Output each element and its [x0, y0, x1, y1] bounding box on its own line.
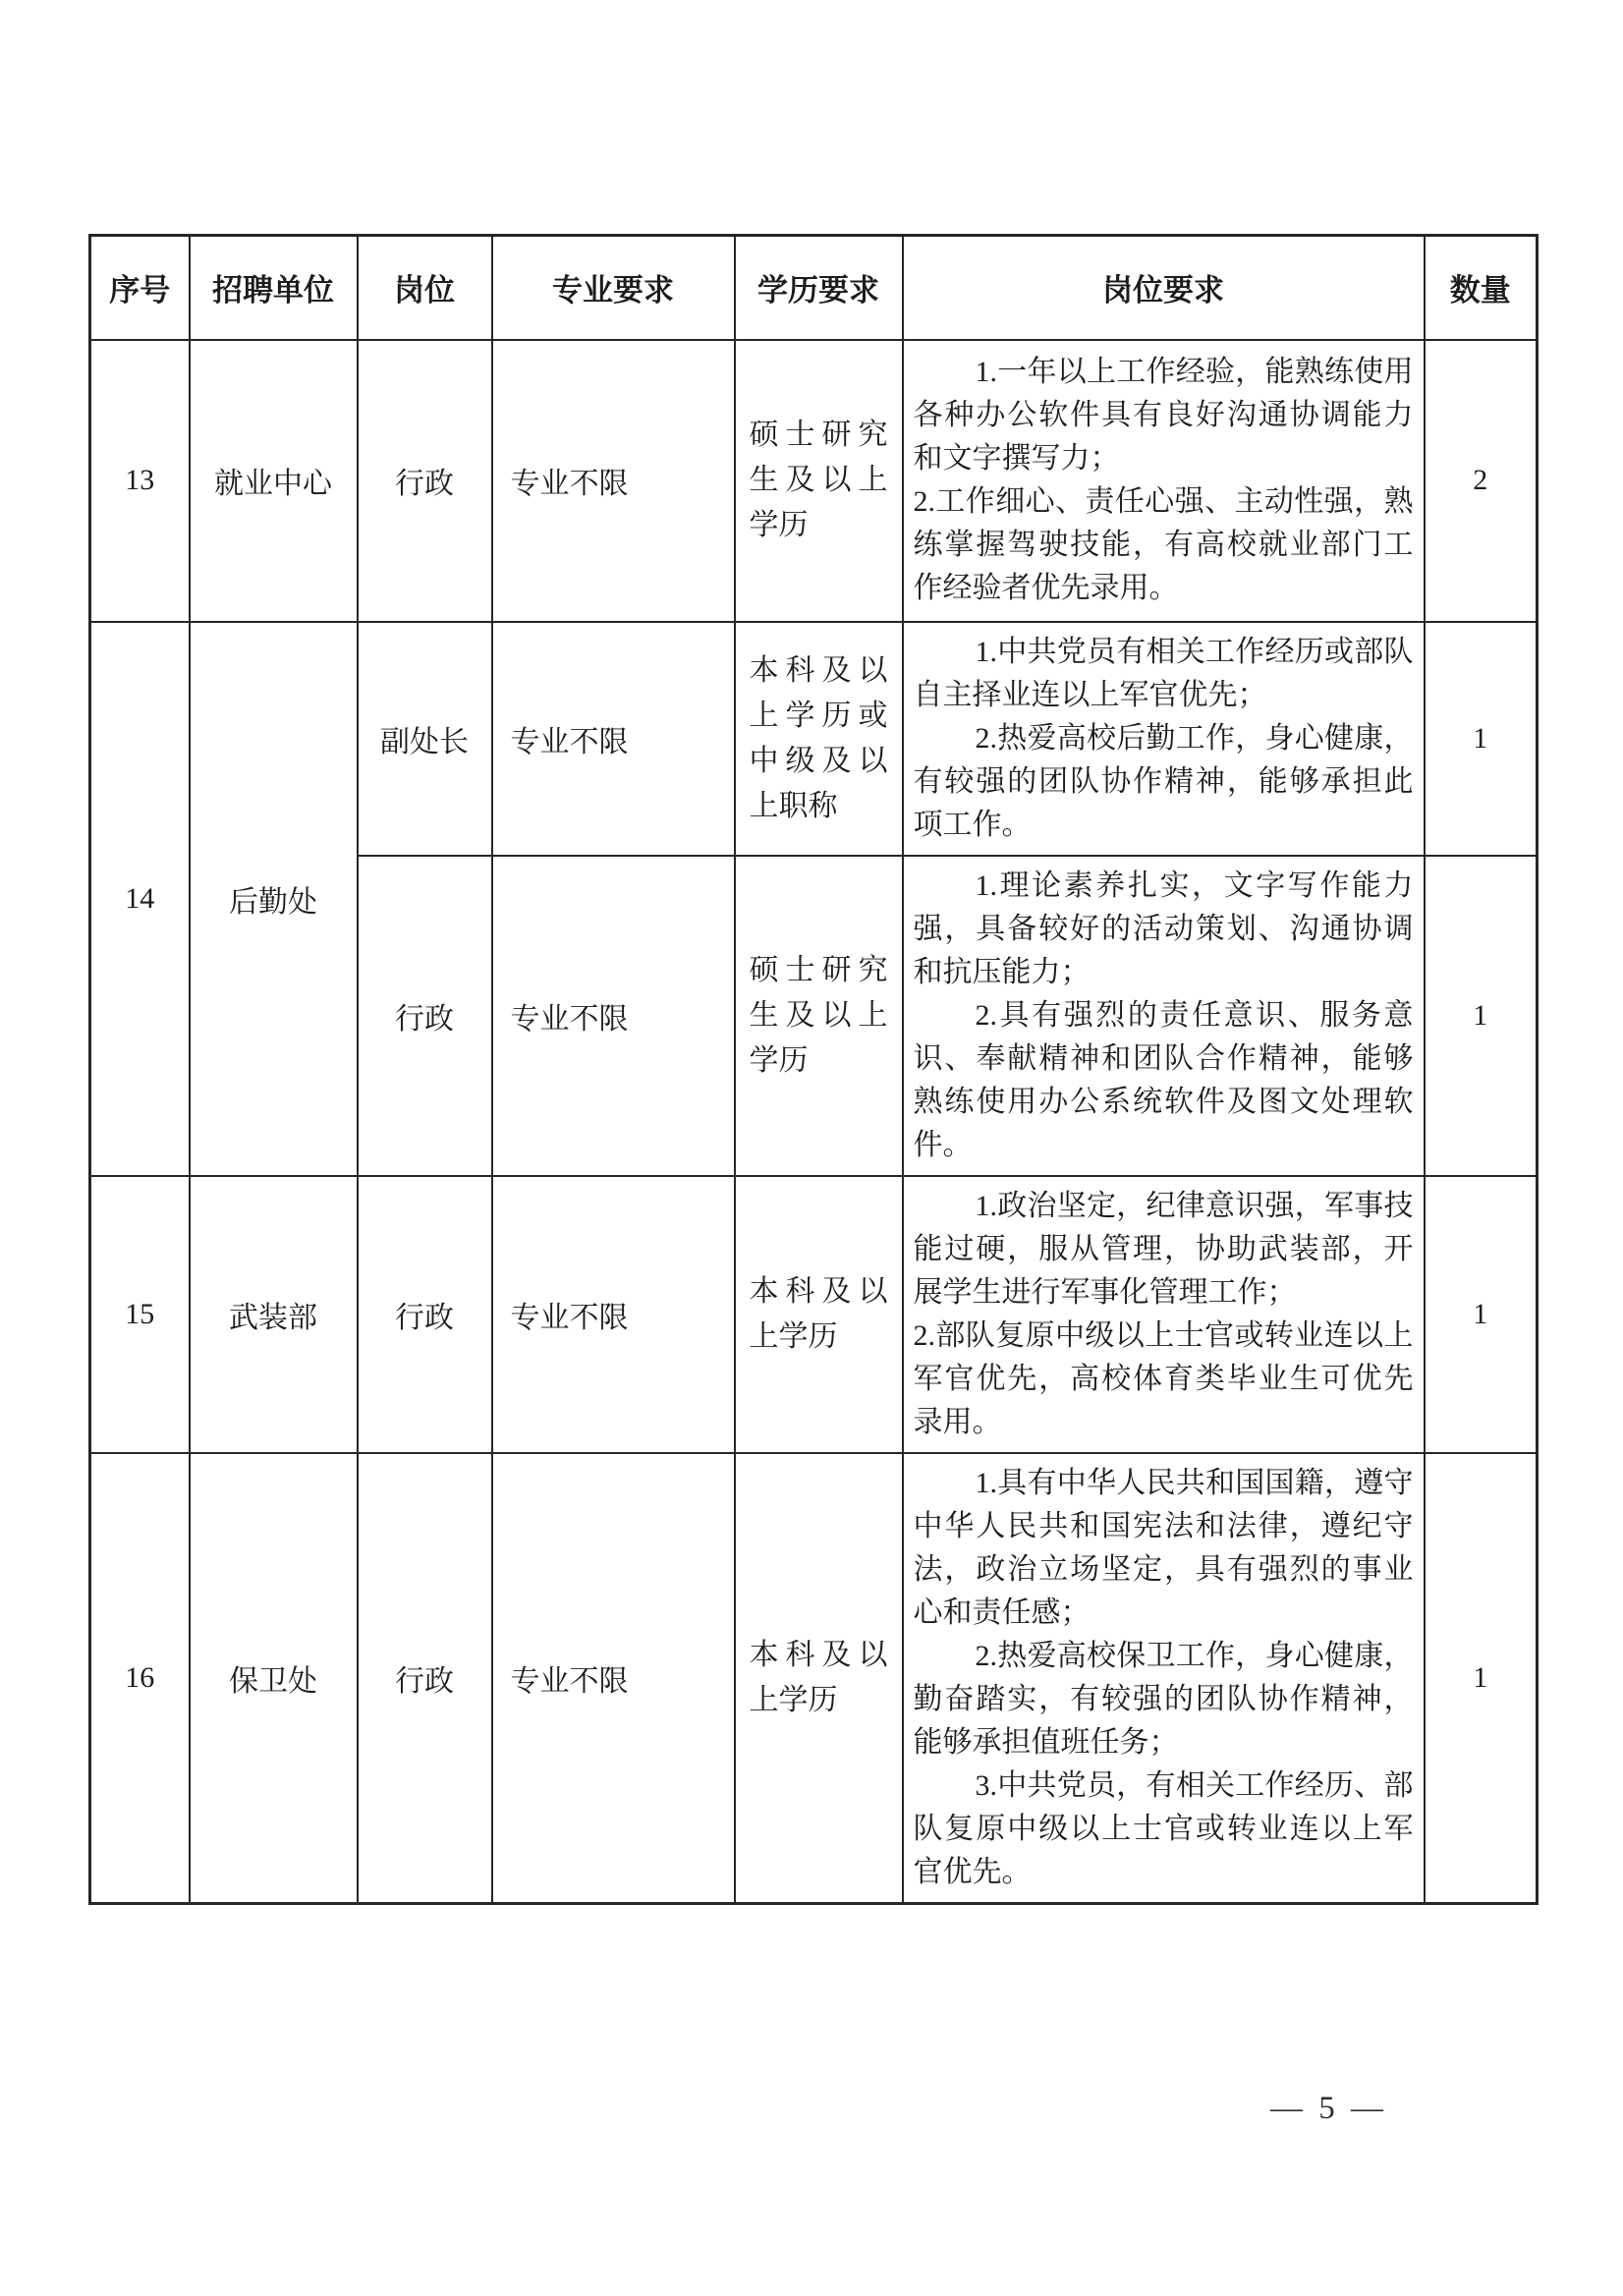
cell-post: 行政: [358, 856, 492, 1176]
cell-post: 行政: [358, 340, 492, 622]
cell-unit: 后勤处: [190, 622, 358, 1176]
cell-education: 本科及以上学历或中级及以上职称: [735, 622, 903, 856]
header-major: 专业要求: [492, 236, 735, 340]
cell-count: 1: [1425, 1176, 1538, 1453]
requirement-paragraph: 3.中共党员，有相关工作经历、部队复原中级以上士官或转业连以上军官优先。: [914, 1764, 1414, 1894]
requirement-paragraph: 2.热爱高校后勤工作，身心健康，有较强的团队协作精神，能够承担此项工作。: [914, 717, 1414, 847]
cell-requirements: 1.政治坚定，纪律意识强，军事技能过硬，服从管理，协助武装部，开展学生进行军事化…: [903, 1176, 1425, 1453]
header-education: 学历要求: [735, 236, 903, 340]
cell-post: 行政: [358, 1176, 492, 1453]
table-row-15: 15 武装部 行政 专业不限 本科及以上学历 1.政治坚定，纪律意识强，军事技能…: [90, 1176, 1538, 1453]
cell-requirements: 1.一年以上工作经验，能熟练使用各种办公软件具有良好沟通协调能力和文字撰写力；2…: [903, 340, 1425, 622]
cell-count: 1: [1425, 622, 1538, 856]
cell-education: 硕士研究生及以上学历: [735, 340, 903, 622]
requirement-paragraph: 1.中共党员有相关工作经历或部队自主择业连以上军官优先；: [914, 631, 1414, 717]
page-number: — 5 —: [1270, 2091, 1387, 2127]
requirement-paragraph: 2.部队复原中级以上士官或转业连以上军官优先，高校体育类毕业生可优先录用。: [914, 1315, 1414, 1444]
cell-unit: 就业中心: [190, 340, 358, 622]
cell-major: 专业不限: [492, 622, 735, 856]
header-requirements: 岗位要求: [903, 236, 1425, 340]
cell-major: 专业不限: [492, 856, 735, 1176]
requirement-paragraph: 2.工作细心、责任心强、主动性强，熟练掌握驾驶技能，有高校就业部门工作经验者优先…: [914, 480, 1414, 610]
cell-seq: 14: [90, 622, 190, 1176]
cell-count: 1: [1425, 1453, 1538, 1904]
cell-major: 专业不限: [492, 1176, 735, 1453]
cell-seq: 15: [90, 1176, 190, 1453]
requirement-paragraph: 1.理论素养扎实，文字写作能力强，具备较好的活动策划、沟通协调和抗压能力；: [914, 865, 1414, 994]
cell-requirements: 1.具有中华人民共和国国籍，遵守中华人民共和国宪法和法律，遵纪守法，政治立场坚定…: [903, 1453, 1425, 1904]
header-seq: 序号: [90, 236, 190, 340]
cell-education: 本科及以上学历: [735, 1176, 903, 1453]
cell-count: 2: [1425, 340, 1538, 622]
cell-requirements: 1.中共党员有相关工作经历或部队自主择业连以上军官优先；2.热爱高校后勤工作，身…: [903, 622, 1425, 856]
cell-seq: 16: [90, 1453, 190, 1904]
cell-requirements: 1.理论素养扎实，文字写作能力强，具备较好的活动策划、沟通协调和抗压能力；2.具…: [903, 856, 1425, 1176]
requirement-paragraph: 1.一年以上工作经验，能熟练使用各种办公软件具有良好沟通协调能力和文字撰写力；: [914, 351, 1414, 480]
document-page: 序号 招聘单位 岗位 专业要求 学历要求 岗位要求 数量 13 就业中心 行政 …: [0, 0, 1623, 2296]
requirement-paragraph: 2.具有强烈的责任意识、服务意识、奉献精神和团队合作精神，能够熟练使用办公系统软…: [914, 994, 1414, 1167]
header-post: 岗位: [358, 236, 492, 340]
header-count: 数量: [1425, 236, 1538, 340]
table-row-13: 13 就业中心 行政 专业不限 硕士研究生及以上学历 1.一年以上工作经验，能熟…: [90, 340, 1538, 622]
requirement-paragraph: 2.热爱高校保卫工作，身心健康，勤奋踏实，有较强的团队协作精神，能够承担值班任务…: [914, 1635, 1414, 1764]
table-row-16: 16 保卫处 行政 专业不限 本科及以上学历 1.具有中华人民共和国国籍，遵守中…: [90, 1453, 1538, 1904]
cell-education: 本科及以上学历: [735, 1453, 903, 1904]
header-unit: 招聘单位: [190, 236, 358, 340]
cell-unit: 保卫处: [190, 1453, 358, 1904]
requirement-paragraph: 1.具有中华人民共和国国籍，遵守中华人民共和国宪法和法律，遵纪守法，政治立场坚定…: [914, 1462, 1414, 1635]
table-header-row: 序号 招聘单位 岗位 专业要求 学历要求 岗位要求 数量: [90, 236, 1538, 340]
requirement-paragraph: 1.政治坚定，纪律意识强，军事技能过硬，服从管理，协助武装部，开展学生进行军事化…: [914, 1185, 1414, 1315]
recruitment-table: 序号 招聘单位 岗位 专业要求 学历要求 岗位要求 数量 13 就业中心 行政 …: [88, 234, 1539, 1905]
cell-major: 专业不限: [492, 340, 735, 622]
cell-education: 硕士研究生及以上学历: [735, 856, 903, 1176]
cell-seq: 13: [90, 340, 190, 622]
cell-post: 行政: [358, 1453, 492, 1904]
cell-unit: 武装部: [190, 1176, 358, 1453]
cell-major: 专业不限: [492, 1453, 735, 1904]
cell-post: 副处长: [358, 622, 492, 856]
table-row-14-deputy-director: 14 后勤处 副处长 专业不限 本科及以上学历或中级及以上职称 1.中共党员有相…: [90, 622, 1538, 856]
cell-count: 1: [1425, 856, 1538, 1176]
